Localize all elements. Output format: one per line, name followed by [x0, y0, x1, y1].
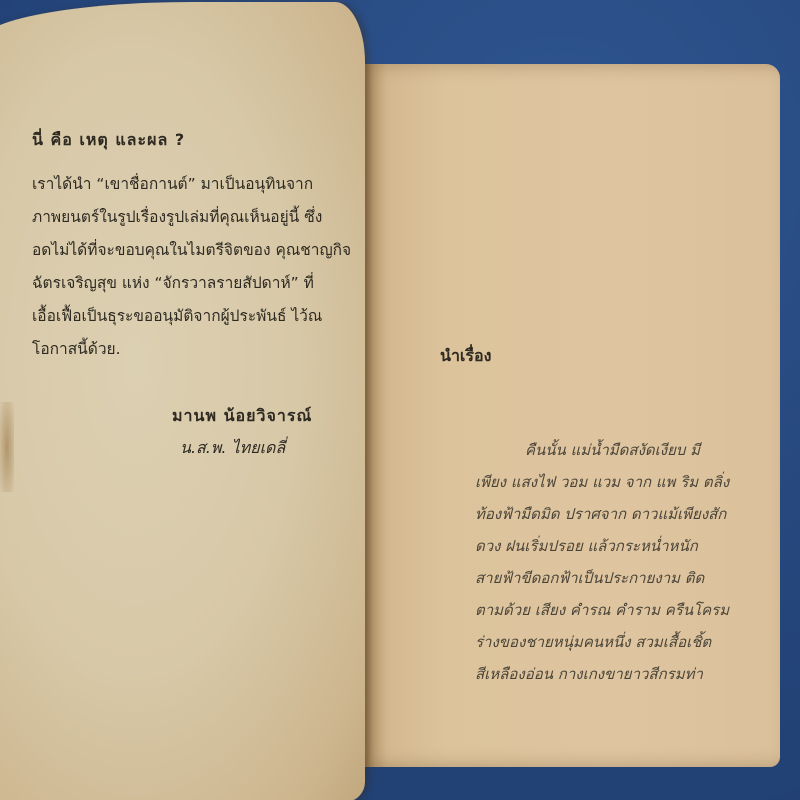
body-line: สายฟ้าขีดอกฟ้าเป็นประกายงาม ติด: [475, 562, 775, 594]
body-line: คืนนั้น แม่น้ำมืดสงัดเงียบ มี: [475, 434, 775, 466]
body-line: เพียง แสงไฟ วอม แวม จาก แพ ริม ตลิ่ง: [475, 466, 775, 498]
paragraph-line: เอื้อเฟื้อเป็นธุระขออนุมัติจากผู้ประพันธ…: [32, 300, 342, 333]
left-page-paragraph: เราได้นำ “เขาชื่อกานต์” มาเป็นอนุทินจาก …: [32, 168, 342, 366]
page-stain: [0, 402, 14, 492]
signature-name: มานพ น้อยวิจารณ์: [172, 404, 312, 429]
body-line: สีเหลืองอ่อน กางเกงขายาวสีกรมท่า: [475, 658, 775, 690]
left-page-heading: นี่ คือ เหตุ และผล ?: [32, 128, 185, 153]
body-line: ร่างของชายหนุ่มคนหนึ่ง สวมเสื้อเชิ้ต: [475, 626, 775, 658]
left-page: [0, 2, 365, 800]
paragraph-line: โอกาสนี้ด้วย.: [32, 333, 342, 366]
paragraph-line: อดไม่ได้ที่จะขอบคุณในไมตรีจิตของ คุณชาญก…: [32, 234, 342, 267]
right-page-body: คืนนั้น แม่น้ำมืดสงัดเงียบ มี เพียง แสงไ…: [475, 434, 775, 690]
body-line: ตามด้วย เสียง คำรณ คำราม ครืนโครม: [475, 594, 775, 626]
right-page-title: นำเรื่อง: [440, 344, 491, 369]
paragraph-line: ฉัตรเจริญสุข แห่ง “จักรวาลรายสัปดาห์” ที…: [32, 267, 342, 300]
body-line: ท้องฟ้ามืดมิด ปราศจาก ดาวแม้เพียงสัก: [475, 498, 775, 530]
signature-publisher: น.ส.พ. ไทยเดลี่: [180, 436, 285, 461]
paragraph-line: เราได้นำ “เขาชื่อกานต์” มาเป็นอนุทินจาก: [32, 168, 342, 201]
paragraph-line: ภาพยนตร์ในรูปเรื่องรูปเล่มที่คุณเห็นอยู่…: [32, 201, 342, 234]
body-line: ดวง ฝนเริ่มปรอย แล้วกระหน่ำหนัก: [475, 530, 775, 562]
